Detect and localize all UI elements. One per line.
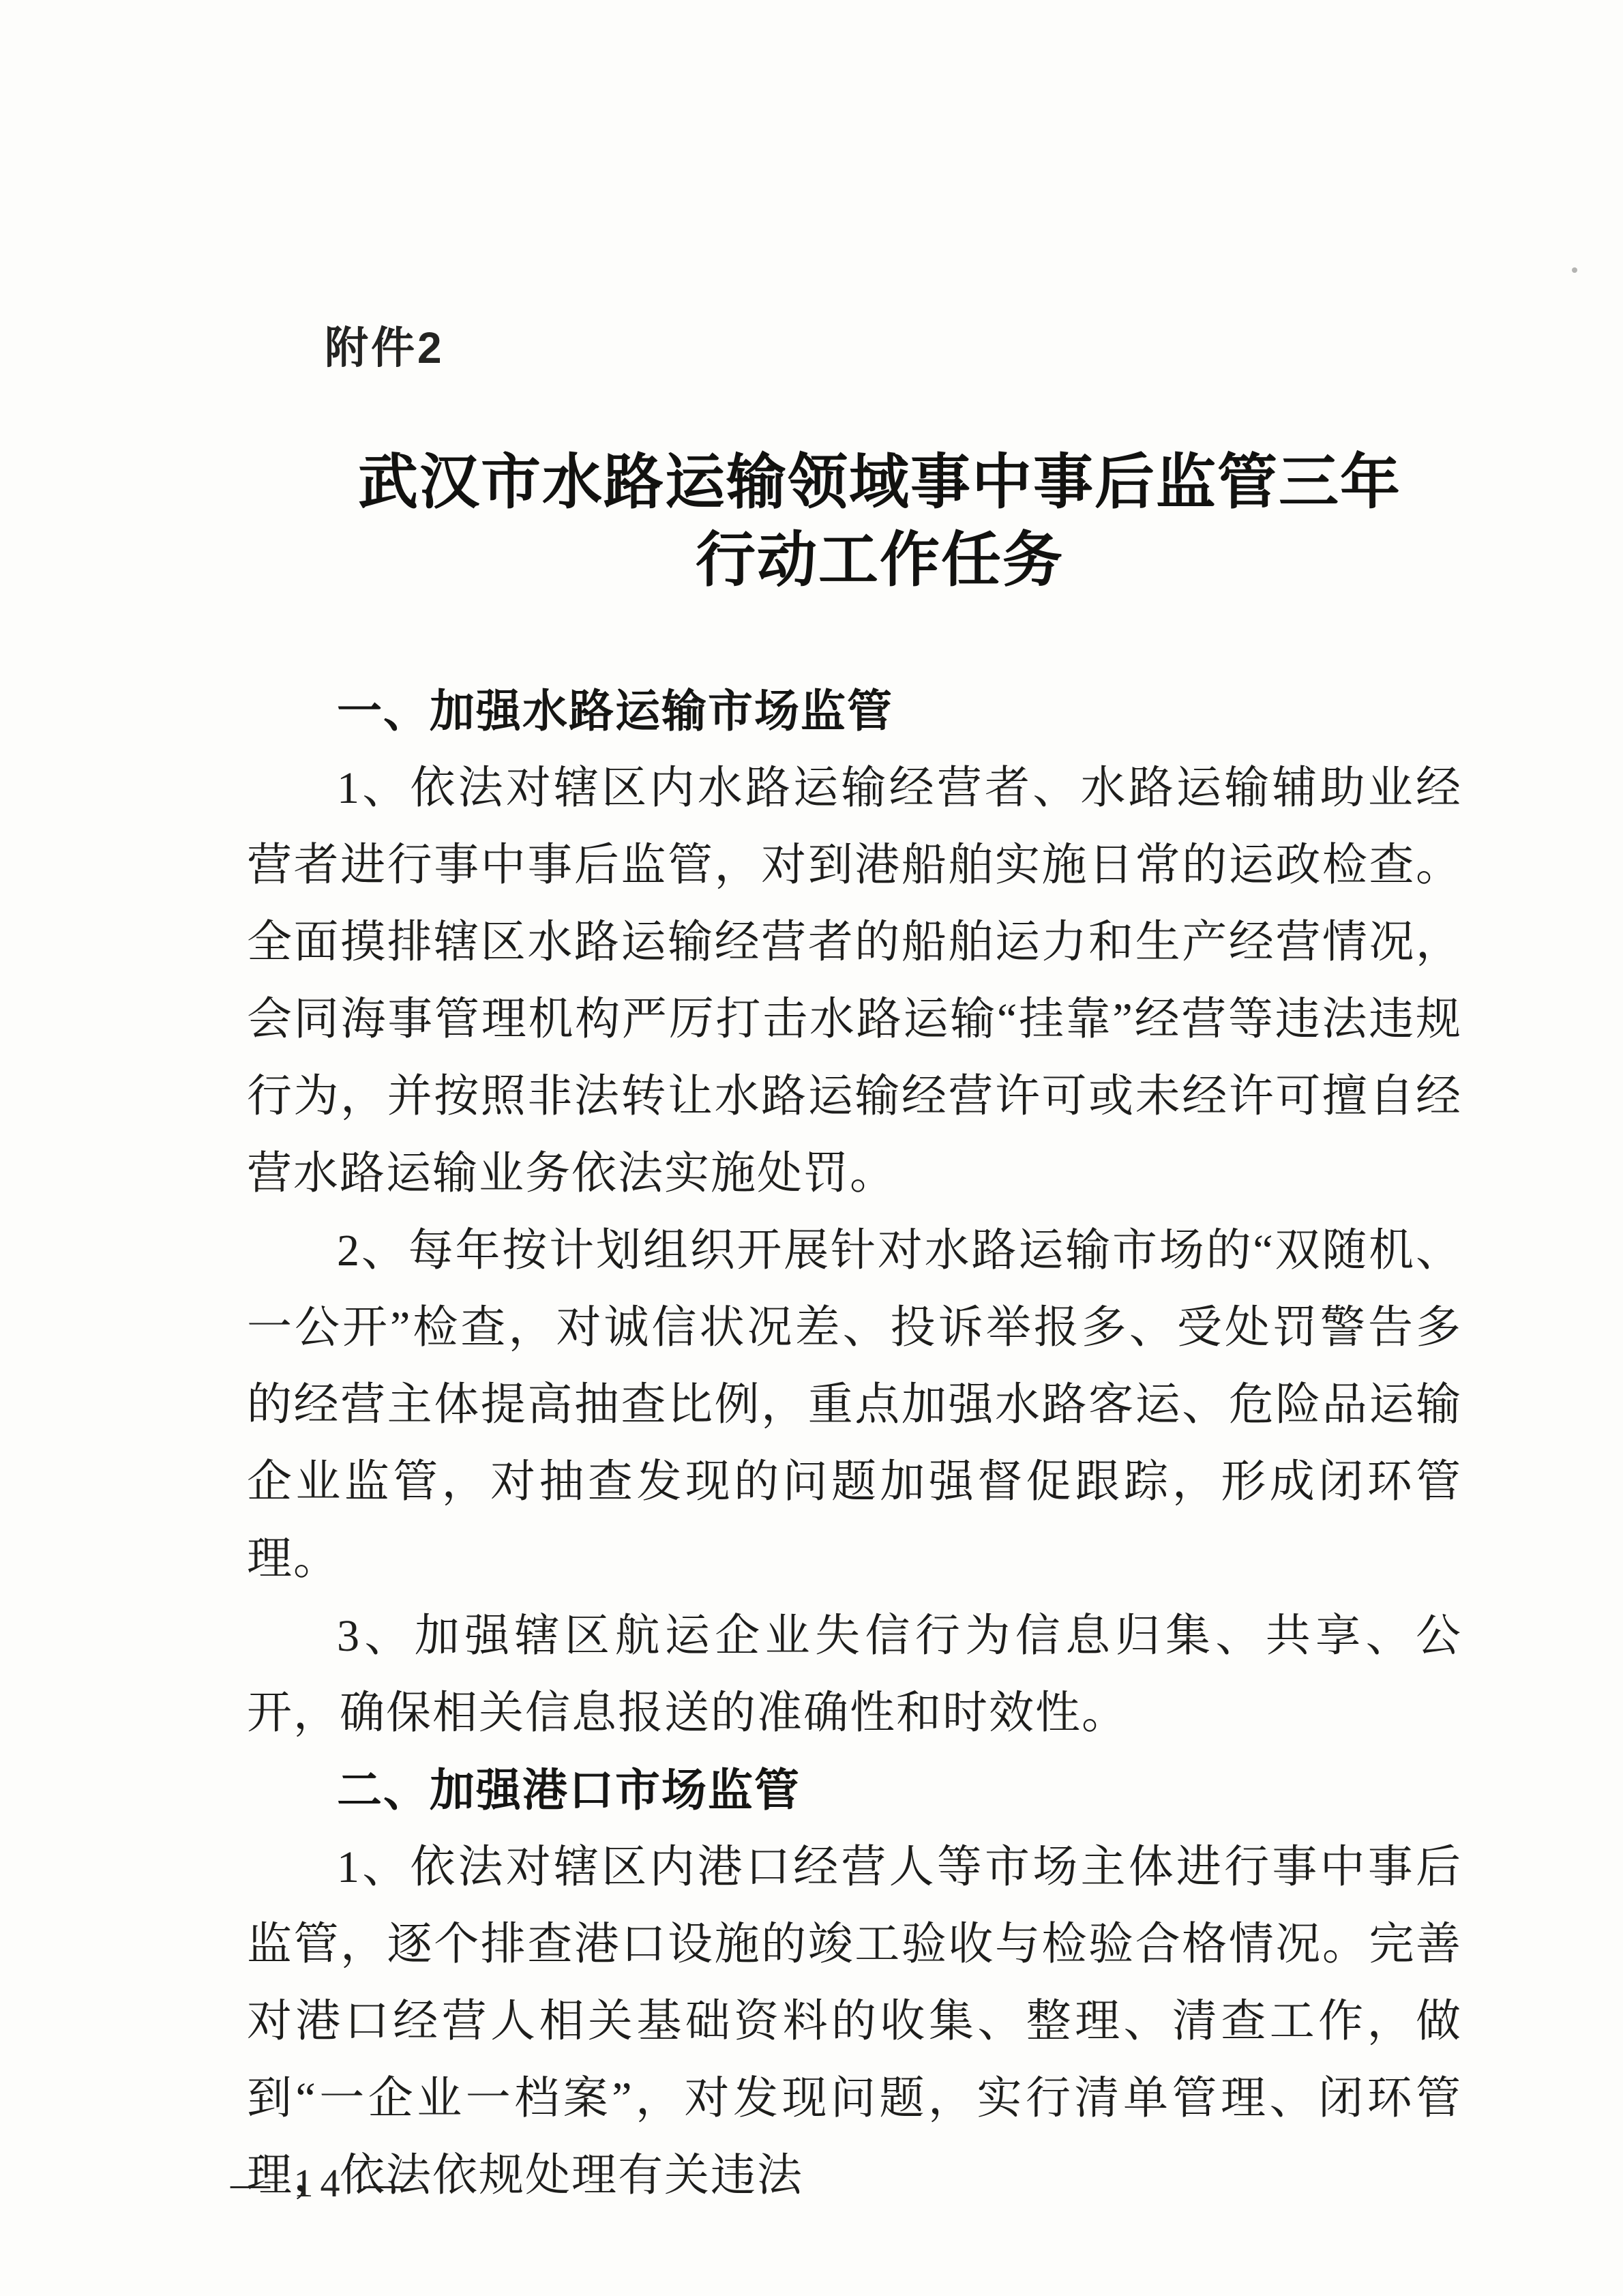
document-page: 附件2 武汉市水路运输领域事中事后监管三年 行动工作任务 一、加强水路运输市场监… (0, 0, 1623, 2296)
attachment-label: 附件2 (325, 326, 445, 370)
section-2-paragraph-1: 1、依法对辖区内港口经营人等市场主体进行事中事后监管，逐个排查港口设施的竣工验收… (247, 1829, 1462, 2214)
scan-artifact-dot (1572, 267, 1577, 273)
section-1-paragraph-3: 3、加强辖区航运企业失信行为信息归集、共享、公开，确保相关信息报送的准确性和时效… (247, 1598, 1462, 1752)
page-number: — 14 — (230, 2164, 410, 2203)
section-1-paragraph-2: 2、每年按计划组织开展针对水路运输市场的“双随机、一公开”检查，对诚信状况差、投… (247, 1212, 1462, 1598)
document-title-line-2: 行动工作任务 (259, 523, 1500, 600)
document-title: 武汉市水路运输领域事中事后监管三年 行动工作任务 (259, 445, 1500, 600)
section-1-heading: 一、加强水路运输市场监管 (247, 673, 1462, 750)
document-title-line-1: 武汉市水路运输领域事中事后监管三年 (259, 445, 1500, 523)
document-body: 一、加强水路运输市场监管 1、依法对辖区内水路运输经营者、水路运输辅助业经营者进… (247, 673, 1462, 2214)
section-2-heading: 二、加强港口市场监管 (247, 1752, 1462, 1829)
section-1-paragraph-1: 1、依法对辖区内水路运输经营者、水路运输辅助业经营者进行事中事后监管，对到港船舶… (247, 750, 1462, 1212)
